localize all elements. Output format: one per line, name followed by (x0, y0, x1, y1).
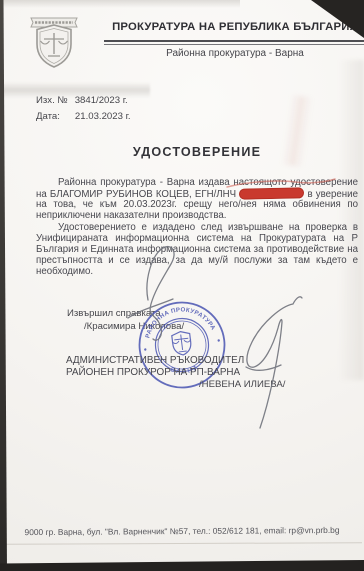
prosecution-coat-of-arms-icon (25, 10, 83, 72)
date-label: Дата: (36, 111, 60, 122)
scanned-document-photo: ПРОКУРАТУРА НА РЕПУБЛИКА БЪЛГАРИЯ Районн… (0, 0, 364, 571)
date-value: 21.03.2023 г. (75, 111, 131, 122)
body-line: на това, че към 20.03.2023г. срещу него/… (36, 199, 358, 210)
body-line: Удостоверението е издадено след извършва… (36, 222, 358, 233)
handwritten-signatures (90, 238, 330, 438)
document-title: УДОСТОВЕРЕНИЕ (36, 145, 358, 159)
outgoing-number-value: 3841/2023 г. (75, 95, 128, 106)
organization-title: ПРОКУРАТУРА НА РЕПУБЛИКА БЪЛГАРИЯ (106, 21, 364, 33)
date-row: Дата:21.03.2023 г. (36, 111, 131, 122)
header-rule-thin (104, 44, 364, 45)
red-pen-mark (220, 174, 342, 200)
clerk-signature (147, 247, 174, 341)
body-line: неприключени наказателни производства. (36, 210, 358, 221)
outgoing-number-row: Изх. №3841/2023 г. (36, 95, 128, 106)
header-rule (104, 40, 364, 42)
outgoing-number-label: Изх. № (36, 95, 68, 106)
office-name: Районна прокуратура - Варна (106, 48, 364, 59)
officer-signature (247, 297, 302, 428)
